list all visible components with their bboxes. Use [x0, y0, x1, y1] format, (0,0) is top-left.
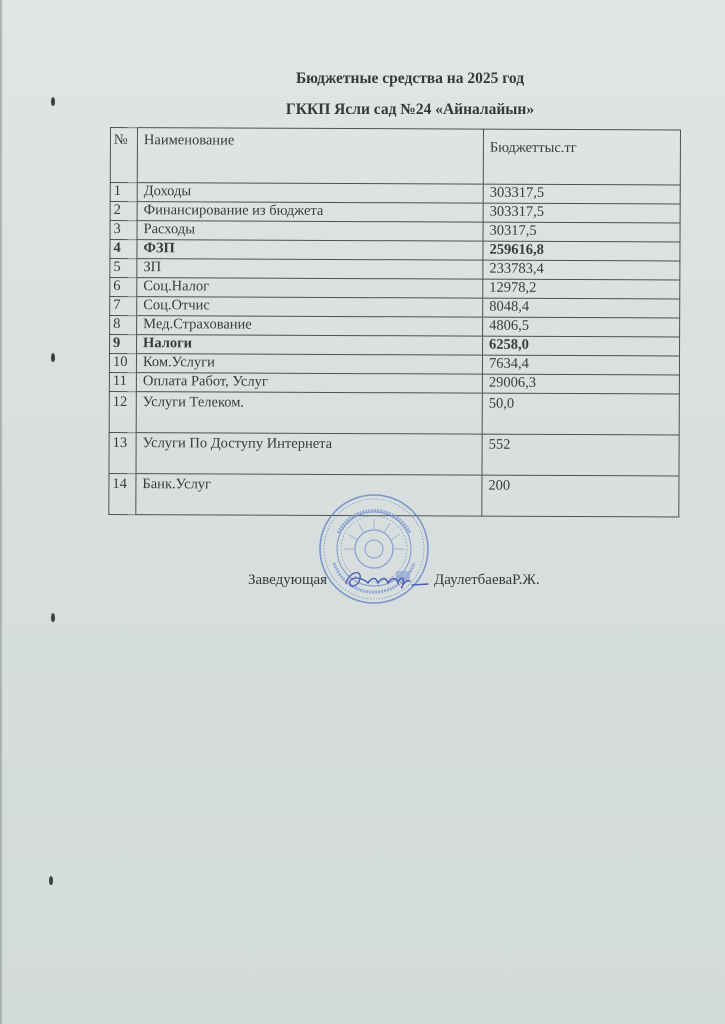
row-budget: 233783,4 [483, 260, 680, 280]
punch-hole-mark-icon [51, 613, 55, 622]
row-name: Оплата Работ, Услуг [136, 373, 482, 394]
document-title: Бюджетные средства на 2025 год [0, 70, 725, 88]
header-number: № [110, 128, 137, 183]
row-number: 10 [109, 354, 136, 373]
table-header-row: № Наименование Бюджеттыс.тг [110, 128, 680, 185]
row-budget: 6258,0 [483, 336, 680, 356]
header-budget: Бюджеттыс.тг [483, 129, 680, 185]
row-number: 7 [110, 297, 137, 316]
row-budget: 303317,5 [483, 184, 680, 204]
row-number: 12 [109, 391, 136, 432]
row-name: Мед.Страхование [137, 316, 483, 337]
row-name: Расходы [137, 221, 483, 242]
punch-hole-mark-icon [51, 353, 55, 362]
row-number: 13 [109, 432, 136, 473]
row-name: Банк.Услуг [136, 474, 482, 517]
row-name: Соц.Налог [137, 278, 483, 299]
row-budget: 259616,8 [483, 241, 680, 261]
handwritten-signature-icon [340, 565, 430, 595]
table-row: 6Соц.Налог12978,2 [110, 278, 680, 299]
row-budget: 50,0 [482, 393, 679, 435]
row-name: ЗП [137, 259, 483, 280]
table-row: 8Мед.Страхование4806,5 [110, 316, 680, 337]
row-number: 2 [110, 202, 137, 221]
row-budget: 29006,3 [482, 374, 679, 394]
punch-hole-mark-icon [51, 97, 55, 106]
table-row: 7Соц.Отчис8048,4 [110, 297, 680, 318]
table-row: 10Ком.Услуги7634,4 [109, 354, 679, 375]
row-number: 8 [110, 316, 137, 335]
document-subtitle: ГККП Ясли сад №24 «Айналайын» [0, 101, 725, 119]
row-budget: 12978,2 [483, 279, 680, 299]
page-edge-shadow [0, 0, 3, 1024]
signatory-position: Заведующая [248, 572, 327, 589]
row-budget: 552 [482, 434, 679, 476]
header-name: Наименование [137, 128, 483, 185]
row-name: Услуги По Доступу Интернета [136, 433, 482, 476]
table-row: 1Доходы303317,5 [110, 183, 680, 204]
table-row: 5ЗП233783,4 [110, 259, 680, 280]
row-number: 1 [110, 183, 137, 202]
row-name: Налоги [137, 335, 483, 356]
row-budget: 4806,5 [483, 317, 680, 337]
row-name: Доходы [137, 183, 483, 204]
table-row: 13Услуги По Доступу Интернета552 [109, 432, 679, 475]
row-name: ФЗП [137, 240, 483, 261]
row-name: Финансирование из бюджета [137, 202, 483, 223]
row-name: Соц.Отчис [137, 297, 483, 318]
table-row: 2Финансирование из бюджета303317,5 [110, 202, 680, 223]
row-budget: 200 [482, 475, 679, 517]
row-number: 14 [109, 473, 136, 514]
row-number: 5 [110, 259, 137, 278]
table-row: 12Услуги Телеком.50,0 [109, 391, 679, 434]
table-row: 11Оплата Работ, Услуг29006,3 [109, 372, 679, 393]
punch-hole-mark-icon [49, 876, 53, 885]
row-number: 9 [110, 335, 137, 354]
row-number: 11 [109, 372, 136, 391]
row-budget: 7634,4 [482, 355, 679, 375]
signatory-name: ДаулетбаеваР.Ж. [434, 572, 540, 589]
table-row: 9Налоги6258,0 [110, 335, 680, 356]
row-number: 6 [110, 278, 137, 297]
budget-table: № Наименование Бюджеттыс.тг 1Доходы30331… [108, 127, 681, 517]
row-budget: 303317,5 [483, 203, 680, 223]
row-budget: 30317,5 [483, 222, 680, 242]
table-row: 3Расходы30317,5 [110, 221, 680, 242]
row-name: Услуги Телеком. [136, 392, 482, 435]
row-name: Ком.Услуги [136, 354, 482, 375]
document-page: Бюджетные средства на 2025 год ГККП Ясли… [0, 0, 725, 1024]
row-number: 4 [110, 240, 137, 259]
row-number: 3 [110, 221, 137, 240]
row-budget: 8048,4 [483, 298, 680, 318]
table-row: 4ФЗП259616,8 [110, 240, 680, 261]
